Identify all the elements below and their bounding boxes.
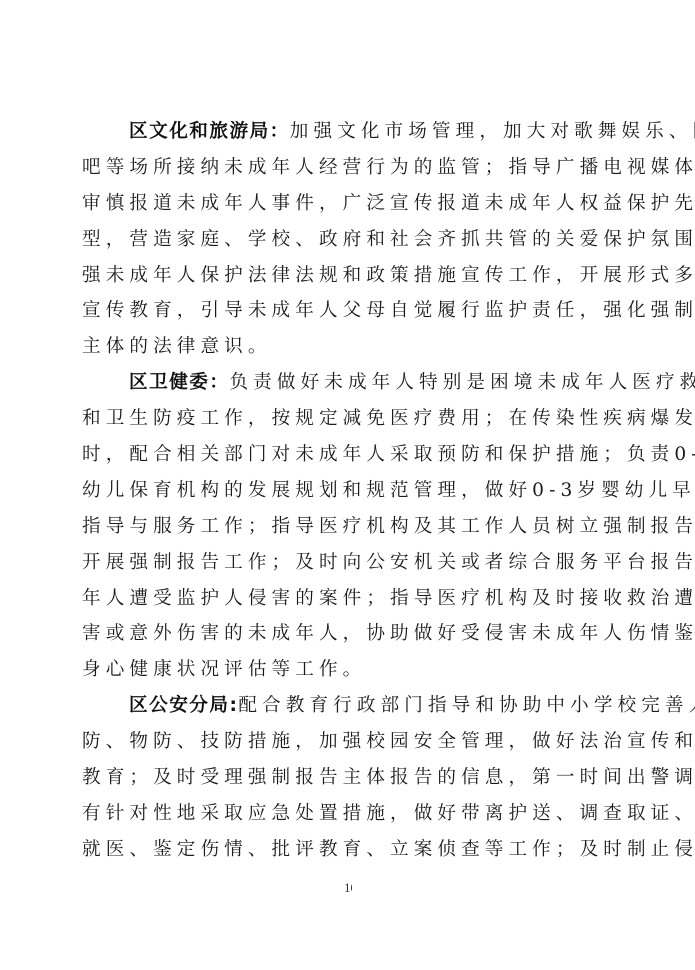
- page-number: 10: [344, 880, 352, 896]
- paragraph-line: 区文化和旅游局：加强文化市场管理，加大对歌舞娱乐、网: [82, 114, 612, 150]
- paragraph-line: 防、物防、技防措施，加强校园安全管理，做好法治宣传和安全: [82, 724, 612, 760]
- department-heading: 区公安分局:: [129, 695, 238, 716]
- paragraph-line: 有针对性地采取应急处置措施，做好带离护送、调查取证、协助: [82, 796, 612, 832]
- paragraph-line: 区公安分局:配合教育行政部门指导和协助中小学校完善人: [82, 688, 612, 724]
- paragraph-line: 时，配合相关部门对未成年人采取预防和保护措施；负责0-3岁婴: [82, 437, 612, 473]
- paragraph-line: 身心健康状况评估等工作。: [82, 652, 612, 688]
- paragraph-line: 区卫健委：负责做好未成年人特别是困境未成年人医疗救治: [82, 365, 612, 401]
- document-body: 区文化和旅游局：加强文化市场管理，加大对歌舞娱乐、网 吧等场所接纳未成年人经营行…: [82, 114, 612, 868]
- paragraph-line: 害或意外伤害的未成年人，协助做好受侵害未成年人伤情鉴定、: [82, 616, 612, 652]
- department-heading: 区卫健委：: [129, 372, 229, 393]
- paragraph-line: 幼儿保育机构的发展规划和规范管理，做好0-3岁婴幼儿早期发展: [82, 473, 612, 509]
- paragraph-line: 吧等场所接纳未成年人经营行为的监管；指导广播电视媒体客观: [82, 150, 612, 186]
- paragraph-line: 主体的法律意识。: [82, 329, 612, 365]
- paragraph-line: 和卫生防疫工作，按规定减免医疗费用；在传染性疾病爆发流行: [82, 401, 612, 437]
- paragraph-health-commission: 区卫健委：负责做好未成年人特别是困境未成年人医疗救治 和卫生防疫工作，按规定减免…: [82, 365, 612, 688]
- department-heading: 区文化和旅游局：: [129, 121, 290, 142]
- paragraph-line: 年人遭受监护人侵害的案件；指导医疗机构及时接收救治遭受侵: [82, 581, 612, 617]
- paragraph-public-security-bureau: 区公安分局:配合教育行政部门指导和协助中小学校完善人 防、物防、技防措施，加强校…: [82, 688, 612, 867]
- paragraph-line: 指导与服务工作；指导医疗机构及其工作人员树立强制报告意识，: [82, 509, 612, 545]
- paragraph-line: 型，营造家庭、学校、政府和社会齐抓共管的关爱保护氛围；加: [82, 222, 612, 258]
- paragraph-line: 宣传教育，引导未成年人父母自觉履行监护责任，强化强制报告: [82, 293, 612, 329]
- paragraph-line: 审慎报道未成年人事件，广泛宣传报道未成年人权益保护先进典: [82, 186, 612, 222]
- paragraph-culture-tourism-bureau: 区文化和旅游局：加强文化市场管理，加大对歌舞娱乐、网 吧等场所接纳未成年人经营行…: [82, 114, 612, 365]
- paragraph-line: 强未成年人保护法律法规和政策措施宣传工作，开展形式多样的: [82, 258, 612, 294]
- paragraph-line: 就医、鉴定伤情、批评教育、立案侦查等工作；及时制止侵害未: [82, 832, 612, 868]
- document-page: 区文化和旅游局：加强文化市场管理，加大对歌舞娱乐、网 吧等场所接纳未成年人经营行…: [0, 0, 695, 970]
- paragraph-line: 开展强制报告工作；及时向公安机关或者综合服务平台报告未成: [82, 545, 612, 581]
- paragraph-line: 教育；及时受理强制报告主体报告的信息，第一时间出警调查，: [82, 760, 612, 796]
